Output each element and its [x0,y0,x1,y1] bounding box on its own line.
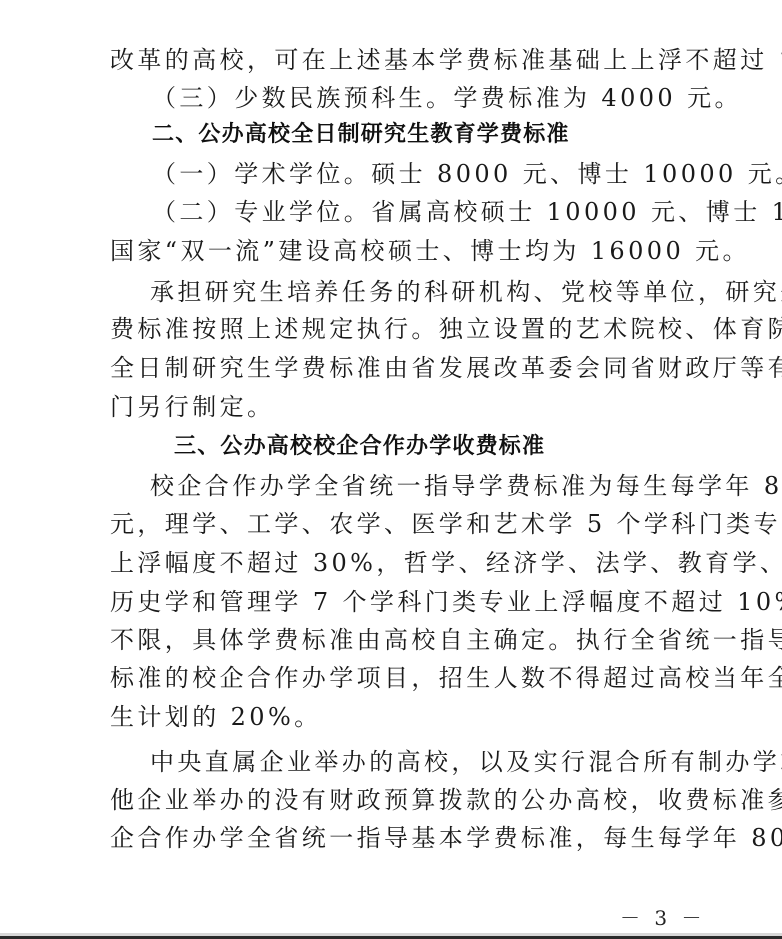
text-line: （一）学术学位。硕士 8000 元、博士 10000 元。 [152,159,782,189]
document-page: 改革的高校，可在上述基本学费标准基础上上浮不超过 10%。 （三）少数民族预科生… [0,0,782,939]
text-line: 国家“双一流”建设高校硕士、博士均为 16000 元。 [110,236,750,266]
text-line: 校企合作办学全省统一指导学费标准为每生每学年 8000 [150,471,668,501]
text-line: 全日制研究生学费标准由省发展改革委会同省财政厅等有关部 [110,353,670,383]
text-line: 他企业举办的没有财政预算拨款的公办高校，收费标准参照校 [110,785,670,815]
text-line: 中央直属企业举办的高校，以及实行混合所有制办学或其 [150,747,668,777]
text-line: （三）少数民族预科生。学费标准为 4000 元。 [152,83,742,113]
text-line: 费标准按照上述规定执行。独立设置的艺术院校、体育院校的 [110,314,670,344]
text-line: 生计划的 20%。 [110,702,322,732]
text-line: 元，理学、工学、农学、医学和艺术学 5 个学科门类专业最高 [110,509,670,539]
page-number: － 3 － [620,906,705,930]
text-line: 改革的高校，可在上述基本学费标准基础上上浮不超过 10%。 [110,45,670,75]
text-line: 企合作办学全省统一指导基本学费标准，每生每学年 8000 元， [110,823,670,853]
text-line: （二）专业学位。省属高校硕士 10000 元、博士 13000 元， [152,197,668,227]
section-heading-2: 二、公办高校全日制研究生教育学费标准 [152,120,570,150]
section-heading-3: 三、公办高校校企合作办学收费标准 [174,432,545,462]
text-line: 上浮幅度不超过 30%，哲学、经济学、法学、教育学、文学、 [110,548,670,578]
text-line: 不限，具体学费标准由高校自主确定。执行全省统一指导学费 [110,625,670,655]
text-line: 标准的校企合作办学项目，招生人数不得超过高校当年全部招 [110,663,670,693]
text-line: 门另行制定。 [110,392,274,422]
text-line: 承担研究生培养任务的科研机构、党校等单位，研究生学 [150,277,668,307]
text-line: 历史学和管理学 7 个学科门类专业上浮幅度不超过 10%，下浮 [110,587,670,617]
